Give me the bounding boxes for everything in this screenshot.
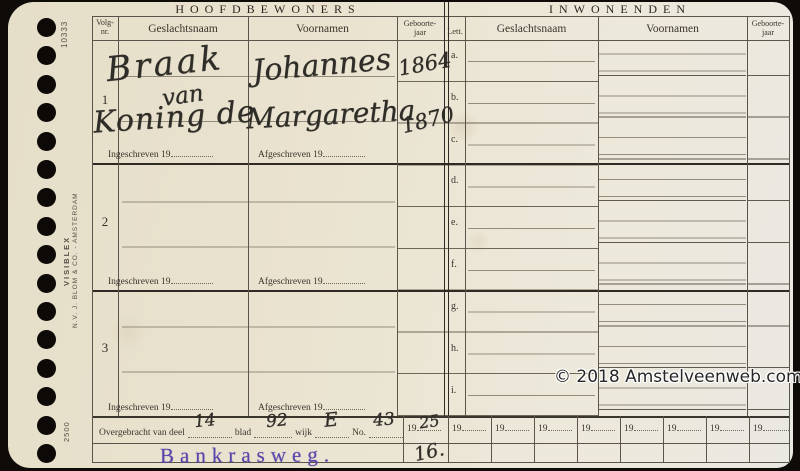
writing-lines-right-surname bbox=[468, 61, 595, 397]
punch-hole bbox=[37, 330, 56, 349]
ingeschreven-label: Ingeschreven 19 bbox=[108, 146, 213, 160]
year-printed: 19 bbox=[710, 424, 720, 434]
dotted-fill bbox=[634, 420, 658, 431]
grid-lines-right-birthyear bbox=[748, 34, 789, 411]
col-header-volgnr: Volg- nr. bbox=[92, 18, 118, 36]
punch-hole bbox=[37, 132, 56, 151]
year-cell: 19 bbox=[753, 420, 789, 434]
letter-label: c. bbox=[451, 134, 465, 145]
year-printed: 19 bbox=[581, 424, 591, 434]
ingeschreven-text: Ingeschreven 19 bbox=[108, 150, 171, 160]
dotted-fill bbox=[763, 420, 789, 431]
year-printed: 19 bbox=[667, 424, 677, 434]
punch-hole bbox=[37, 103, 56, 122]
street-name-stamp: Bankrasweg. bbox=[92, 442, 403, 469]
afgeschreven-label: Afgeschreven 19 bbox=[258, 146, 365, 160]
punch-hole bbox=[37, 46, 56, 65]
handwriting-year: 25 bbox=[418, 411, 441, 433]
dotted-fill bbox=[323, 273, 365, 284]
handwriting-wijk: E bbox=[323, 408, 339, 431]
punch-hole bbox=[37, 217, 56, 236]
blad-label: blad bbox=[232, 428, 254, 441]
afgeschreven-text: Afgeschreven 19 bbox=[258, 277, 323, 287]
letter-label: h. bbox=[451, 343, 465, 354]
year-printed: 19 bbox=[407, 424, 417, 434]
col-header-geslachtsnaam-left: Geslachtsnaam bbox=[118, 23, 248, 35]
grid-line bbox=[92, 163, 790, 165]
letter-label: d. bbox=[451, 175, 465, 186]
grid-line bbox=[403, 416, 404, 462]
grid-line bbox=[397, 16, 398, 416]
letter-label: g. bbox=[451, 301, 465, 312]
punch-hole bbox=[37, 359, 56, 378]
punch-hole bbox=[37, 302, 56, 321]
letter-label: i. bbox=[451, 385, 465, 396]
dotted-fill bbox=[171, 146, 213, 157]
punch-hole bbox=[37, 160, 56, 179]
year-printed: 19 bbox=[452, 424, 462, 434]
dotted-fill bbox=[323, 146, 365, 157]
letter-label: e. bbox=[451, 217, 465, 228]
punch-hole bbox=[37, 75, 56, 94]
letter-label: a. bbox=[451, 50, 465, 61]
dotted-fill bbox=[505, 420, 529, 431]
col-header-geboortejaar-line2: jaar bbox=[397, 28, 443, 37]
dotted-fill bbox=[462, 420, 486, 431]
wijk-label: wijk bbox=[292, 428, 315, 441]
year-cell: 19 bbox=[495, 420, 529, 434]
col-header-geboortejaar-left: Geboorte- jaar bbox=[397, 19, 443, 37]
section-title-hoofdbewoners: HOOFDBEWONERS bbox=[92, 2, 444, 17]
grid-line bbox=[92, 16, 790, 17]
year-printed: 19 bbox=[495, 424, 505, 434]
ingeschreven-text: Ingeschreven 19 bbox=[108, 403, 171, 413]
ingeschreven-label: Ingeschreven 19 bbox=[108, 273, 213, 287]
grid-line bbox=[92, 290, 790, 292]
punch-hole bbox=[37, 444, 56, 463]
col-header-volgnr-line1: Volg- bbox=[92, 18, 118, 27]
afgeschreven-text: Afgeschreven 19 bbox=[258, 150, 323, 160]
handwriting-deel: 14 bbox=[193, 410, 217, 432]
afgeschreven-label: Afgeschreven 19 bbox=[258, 273, 365, 287]
punch-hole bbox=[37, 188, 56, 207]
year-printed: 19 bbox=[624, 424, 634, 434]
grid-line bbox=[598, 16, 599, 416]
col-header-voornamen-left: Voornamen bbox=[248, 23, 397, 35]
handwriting-blad: 92 bbox=[265, 410, 288, 432]
row-number: 3 bbox=[92, 340, 118, 356]
year-cell: 19 bbox=[710, 420, 744, 434]
scanned-register-card-page: 10333 VISIBLEX N.V. J. BLOM & CO. - AMST… bbox=[0, 0, 800, 471]
col-header-volgnr-line2: nr. bbox=[92, 27, 118, 36]
year-cell: 19 bbox=[452, 420, 486, 434]
year-cell: 19 bbox=[667, 420, 701, 434]
col-header-geboortejaar-line1: Geboorte- bbox=[397, 19, 443, 28]
punch-hole bbox=[37, 387, 56, 406]
grid-line bbox=[465, 16, 466, 416]
section-title-inwonenden: INWONENDEN bbox=[450, 2, 790, 17]
letter-label: b. bbox=[451, 92, 465, 103]
grid-line bbox=[747, 16, 748, 416]
col-header-geboortejaar-line1: Geboorte- bbox=[747, 19, 789, 28]
no-label: No. bbox=[349, 428, 369, 441]
dotted-fill bbox=[720, 420, 744, 431]
ingeschreven-text: Ingeschreven 19 bbox=[108, 277, 171, 287]
printer-brand-vertical: VISIBLEX bbox=[62, 224, 71, 286]
print-run-vertical: 2500 bbox=[62, 404, 71, 442]
dotted-fill bbox=[677, 420, 701, 431]
watermark: © 2018 Amstelveenweb.com bbox=[554, 367, 800, 387]
overgebracht-line: Overgebracht van deel blad wijk No. bbox=[96, 417, 403, 441]
year-cell: 19 bbox=[581, 420, 615, 434]
row-number: 2 bbox=[92, 214, 118, 230]
overgebracht-label: Overgebracht van deel bbox=[96, 428, 188, 441]
form-number-vertical: 10333 bbox=[60, 6, 69, 48]
printer-name-vertical: N.V. J. BLOM & CO. - AMSTERDAM bbox=[72, 178, 79, 328]
grid-line bbox=[92, 16, 93, 462]
col-header-geslachtsnaam-right: Geslachtsnaam bbox=[465, 23, 598, 35]
punch-hole bbox=[37, 416, 56, 435]
dotted-fill bbox=[591, 420, 615, 431]
year-cell: 19 bbox=[538, 420, 572, 434]
year-printed: 19 bbox=[753, 424, 763, 434]
writing-lines-right-firstname bbox=[599, 34, 746, 411]
year-cell: 19 bbox=[624, 420, 658, 434]
dotted-fill bbox=[171, 273, 213, 284]
punch-hole bbox=[37, 18, 56, 37]
punch-hole bbox=[37, 274, 56, 293]
grid-line bbox=[789, 16, 790, 462]
grid-line bbox=[248, 16, 249, 416]
dotted-fill bbox=[171, 399, 213, 410]
letter-label: f. bbox=[451, 259, 465, 270]
handwriting-no: 43 bbox=[372, 409, 395, 431]
punch-hole bbox=[37, 245, 56, 264]
dotted-fill bbox=[548, 420, 572, 431]
year-printed: 19 bbox=[538, 424, 548, 434]
